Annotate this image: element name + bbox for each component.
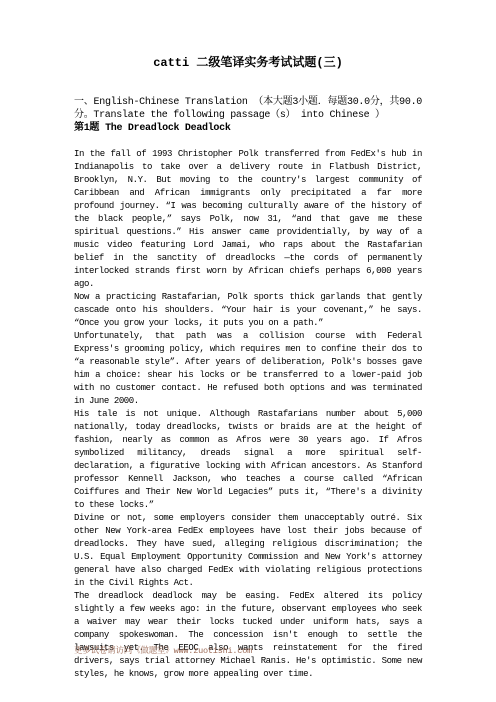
passage-paragraph: The dreadlock deadlock may be easing. Fe…: [74, 590, 422, 681]
question-title: The Dreadlock Deadlock: [105, 123, 230, 134]
footer-watermark: 更多试卷请访问《做题室》www.zuotishi.com: [74, 646, 252, 657]
page-title: catti 二级笔译实务考试试题(三): [74, 55, 422, 71]
question-heading: 第1题The Dreadlock Deadlock: [74, 122, 422, 135]
passage-paragraph: His tale is not unique. Although Rastafa…: [74, 408, 422, 512]
question-number: 第1题: [74, 123, 99, 134]
passage: In the fall of 1993 Christopher Polk tra…: [74, 148, 422, 681]
section-heading: 一、English-Chinese Translation （本大题3小题．每题…: [74, 96, 422, 122]
passage-paragraph: Divine or not, some employers consider t…: [74, 512, 422, 590]
passage-paragraph: Now a practicing Rastafarian, Polk sport…: [74, 291, 422, 330]
exam-document: catti 二级笔译实务考试试题(三) 一、English-Chinese Tr…: [74, 0, 422, 681]
passage-paragraph: Unfortunately, that path was a collision…: [74, 330, 422, 408]
passage-paragraph: In the fall of 1993 Christopher Polk tra…: [74, 148, 422, 291]
